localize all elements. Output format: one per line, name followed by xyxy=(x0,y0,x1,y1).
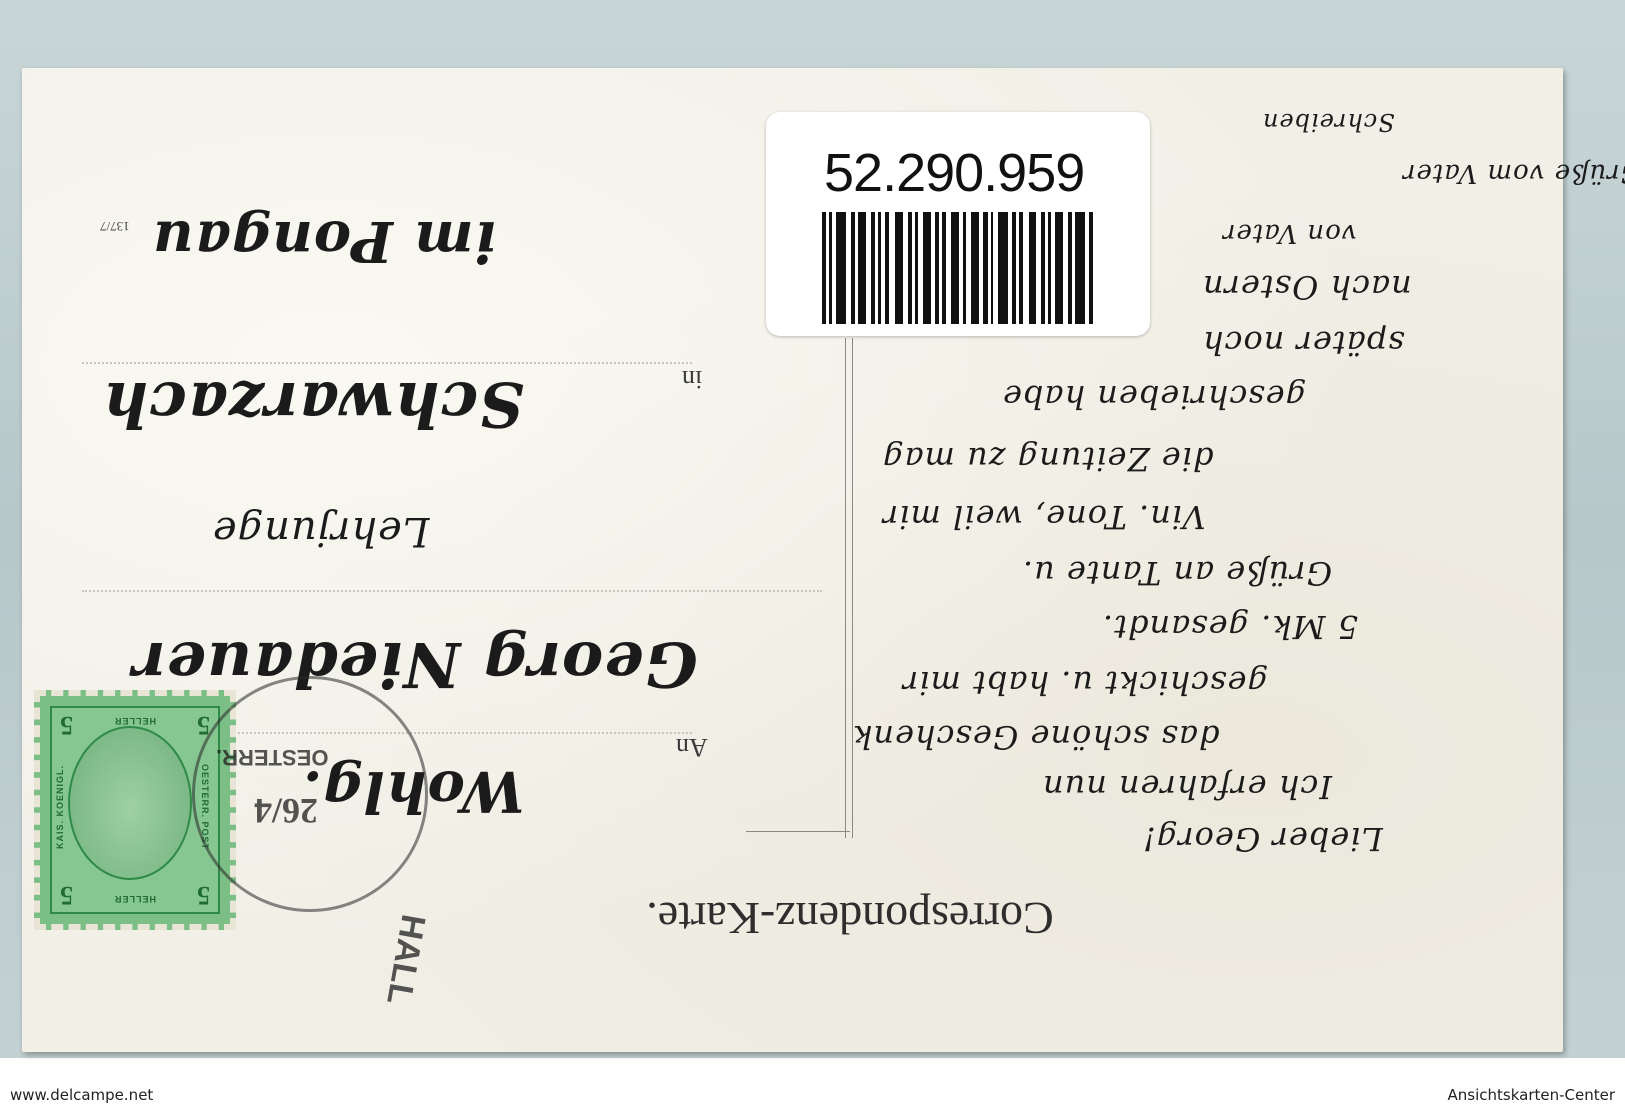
printed-title: Correspondenz-Karte. xyxy=(570,892,1130,945)
message-line: Vin. Tone, weil mir xyxy=(882,498,1206,536)
address-line xyxy=(82,590,822,592)
stamp-inscription-right: KAIS. KOENIGL. xyxy=(55,765,65,849)
barcode-bar xyxy=(923,212,930,324)
barcode-bar xyxy=(1089,212,1093,324)
barcode-bar xyxy=(1075,212,1085,324)
barcode-bar xyxy=(895,212,904,324)
emperor-portrait-icon xyxy=(68,726,192,880)
barcode-icon xyxy=(822,212,1094,324)
address-occupation: Lehrjunge xyxy=(212,508,429,554)
watermark-left: www.delcampe.net xyxy=(10,1086,153,1104)
barcode-bar xyxy=(1055,212,1064,324)
address-town: Schwarzach xyxy=(102,368,524,441)
vertical-divider xyxy=(845,338,853,838)
message-line: geschickt u. habt mir xyxy=(902,664,1268,702)
print-code: 137/7 xyxy=(100,218,130,234)
message-line: Schreiben xyxy=(1262,108,1395,136)
message-line: nach Ostern xyxy=(1202,268,1412,306)
stamp-value: 5 xyxy=(60,710,73,740)
barcode-bar xyxy=(998,212,1008,324)
postmark-date: 26/4 xyxy=(254,790,318,832)
postmark-country: OESTERR. xyxy=(216,744,328,770)
address-line xyxy=(82,362,692,364)
message-line: Grüße an Tante u. xyxy=(1022,554,1332,592)
message-line: das schöne Geschenk xyxy=(852,718,1219,756)
message-line: Ich erfahren nun xyxy=(1042,768,1332,806)
barcode-bar xyxy=(836,212,846,324)
stamp-value: 5 xyxy=(197,880,210,910)
label-an: An xyxy=(676,732,708,762)
inventory-number: 52.290.959 xyxy=(824,142,1084,204)
stamp-currency: HELLER xyxy=(114,894,156,904)
message-line: später noch xyxy=(1202,324,1405,362)
message-line: 5 Mk. gesandt. xyxy=(1102,608,1358,646)
address-region: im Pongau xyxy=(152,208,496,274)
message-line: Grüße vom Vater xyxy=(1402,158,1625,188)
barcode-bar xyxy=(971,212,980,324)
inventory-sticker: 52.290.959 xyxy=(766,112,1150,336)
message-line: die Zeitung zu mag xyxy=(882,440,1214,478)
barcode-bar xyxy=(1029,212,1036,324)
message-line: von Vater xyxy=(1222,218,1357,248)
label-in: in xyxy=(682,364,702,394)
stamp-currency: HELLER xyxy=(114,716,156,726)
barcode-bar xyxy=(951,212,960,324)
message-line: Lieber Georg! xyxy=(1142,820,1383,858)
divider-foot xyxy=(746,831,850,832)
message-line: geschrieben habe xyxy=(1002,378,1306,416)
stamp-value: 5 xyxy=(60,880,73,910)
watermark-right: Ansichtskarten-Center xyxy=(1448,1086,1616,1104)
barcode-bar xyxy=(858,212,867,324)
